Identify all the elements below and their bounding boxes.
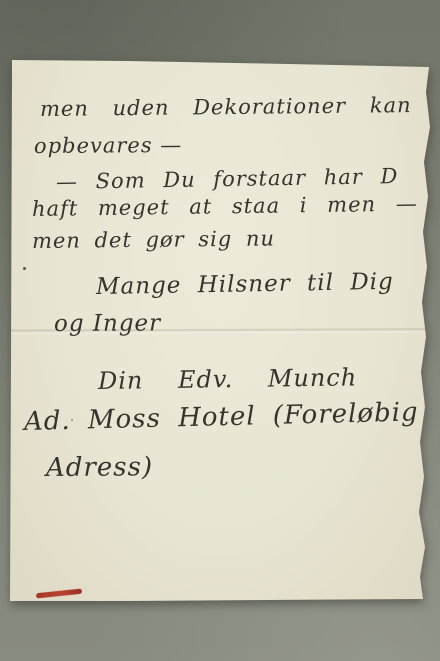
handwriting-address-line: Adress) [46, 452, 153, 483]
photo-background: men uden Dekorationer kan opbevares — — … [0, 0, 440, 661]
handwriting-address-line: Ad. Moss Hotel (Foreløbig [24, 397, 419, 437]
handwriting-closing-line: og Inger [54, 310, 161, 337]
handwriting-line: men det gør sig nu [32, 226, 275, 253]
handwriting-line: opbevares — [34, 133, 182, 158]
handwriting-closing-line: Mange Hilsner til Dig [96, 269, 394, 300]
handwriting-signature-line: Din Edv. Munch [98, 363, 358, 395]
letter-page-wrapper: men uden Dekorationer kan opbevares — — … [8, 57, 432, 604]
handwriting-line: — Som Du forstaar har D [56, 164, 399, 194]
handwriting-line: men uden Dekorationer kan [40, 93, 412, 121]
letter-page: men uden Dekorationer kan opbevares — — … [8, 57, 432, 604]
paper-speck [23, 267, 26, 270]
red-crayon-mark [36, 589, 82, 599]
handwriting-line: haft meget at staa i men — [32, 192, 418, 221]
